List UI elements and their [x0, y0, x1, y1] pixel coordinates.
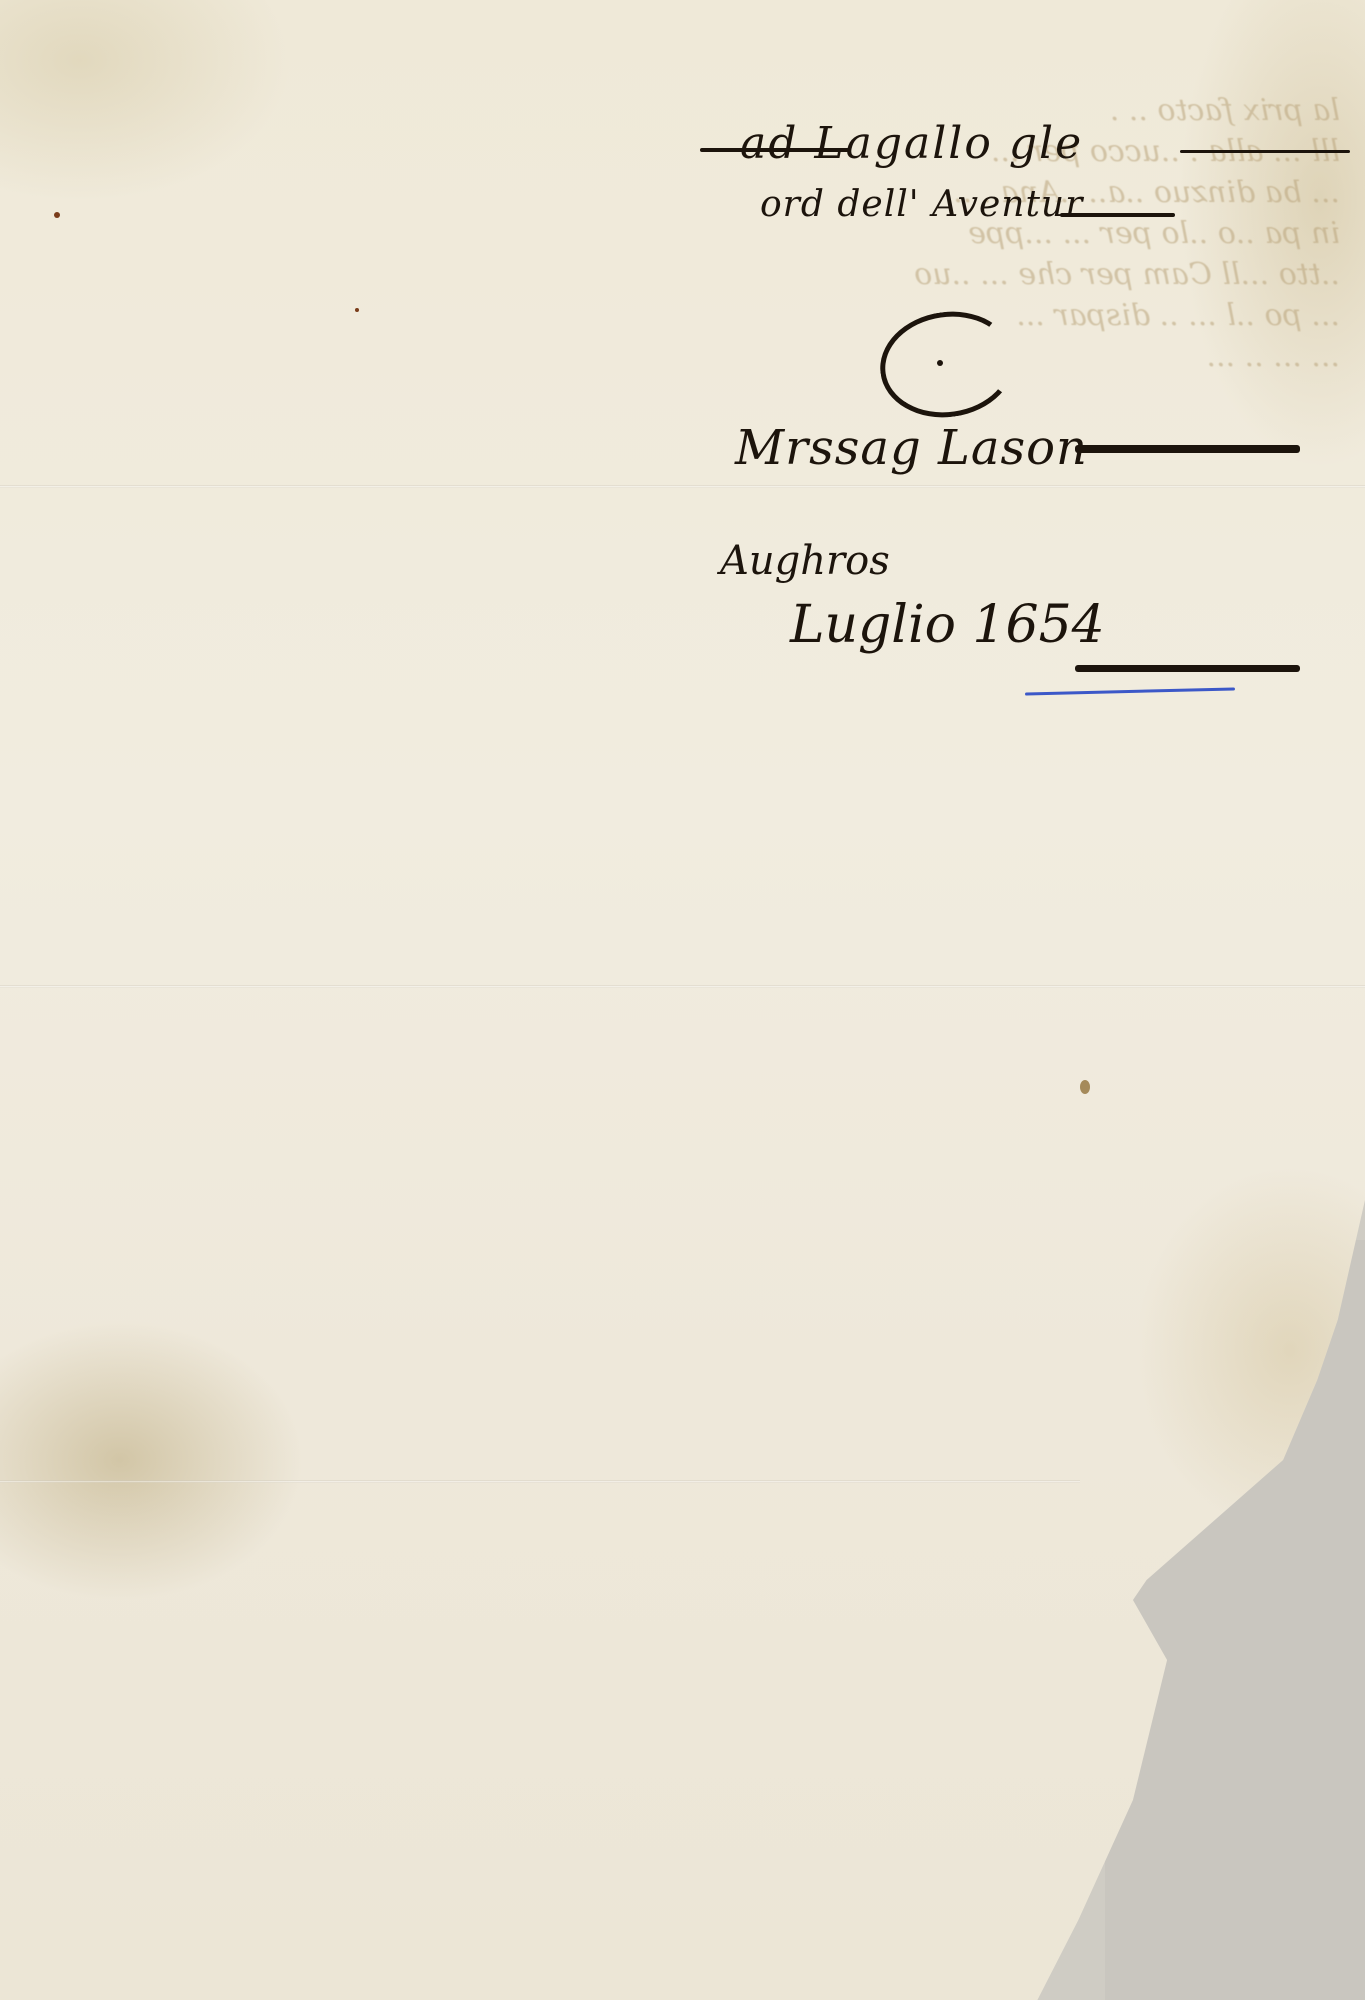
fold-crease: [0, 1480, 1080, 1483]
flourish-line: [1180, 150, 1350, 153]
endorsement-line-2: ord dell' Aventur: [760, 184, 1083, 225]
fold-crease: [0, 485, 1365, 488]
endorsement-date: Luglio 1654: [790, 595, 1105, 655]
manuscript-scan: la prix facto .. . lll ... alla . ..ucco…: [0, 0, 1365, 2000]
fold-crease: [0, 985, 1365, 988]
blue-pencil-underline: [1025, 687, 1235, 695]
flourish-line: [1075, 445, 1300, 453]
flourish-line: [1060, 213, 1175, 217]
bleed-line: ..tto ...ll Cam per che ... ..uo: [140, 254, 1340, 295]
mark-dot-icon: [937, 360, 943, 366]
bleed-line: ... ... .. ...: [140, 336, 1340, 377]
foxing-spot: [355, 308, 359, 312]
endorsement-line-1: ad Lagallo gle: [740, 118, 1083, 169]
bleed-line: in pa ..o ..lo per ... ...ppe: [140, 213, 1340, 254]
bleed-line: ... ba dinzuo ..a.. ..Ana.. ..: [140, 172, 1340, 213]
endorsement-line-3: Mrssag Lason: [735, 420, 1088, 476]
bleed-line: ... po ..l ... .. dispar ...: [140, 295, 1340, 336]
endorsement-line-4: Aughros: [720, 538, 890, 584]
foxing-spot: [54, 212, 60, 218]
ink-blot: [1080, 1080, 1090, 1094]
date-underline: [1075, 665, 1300, 672]
